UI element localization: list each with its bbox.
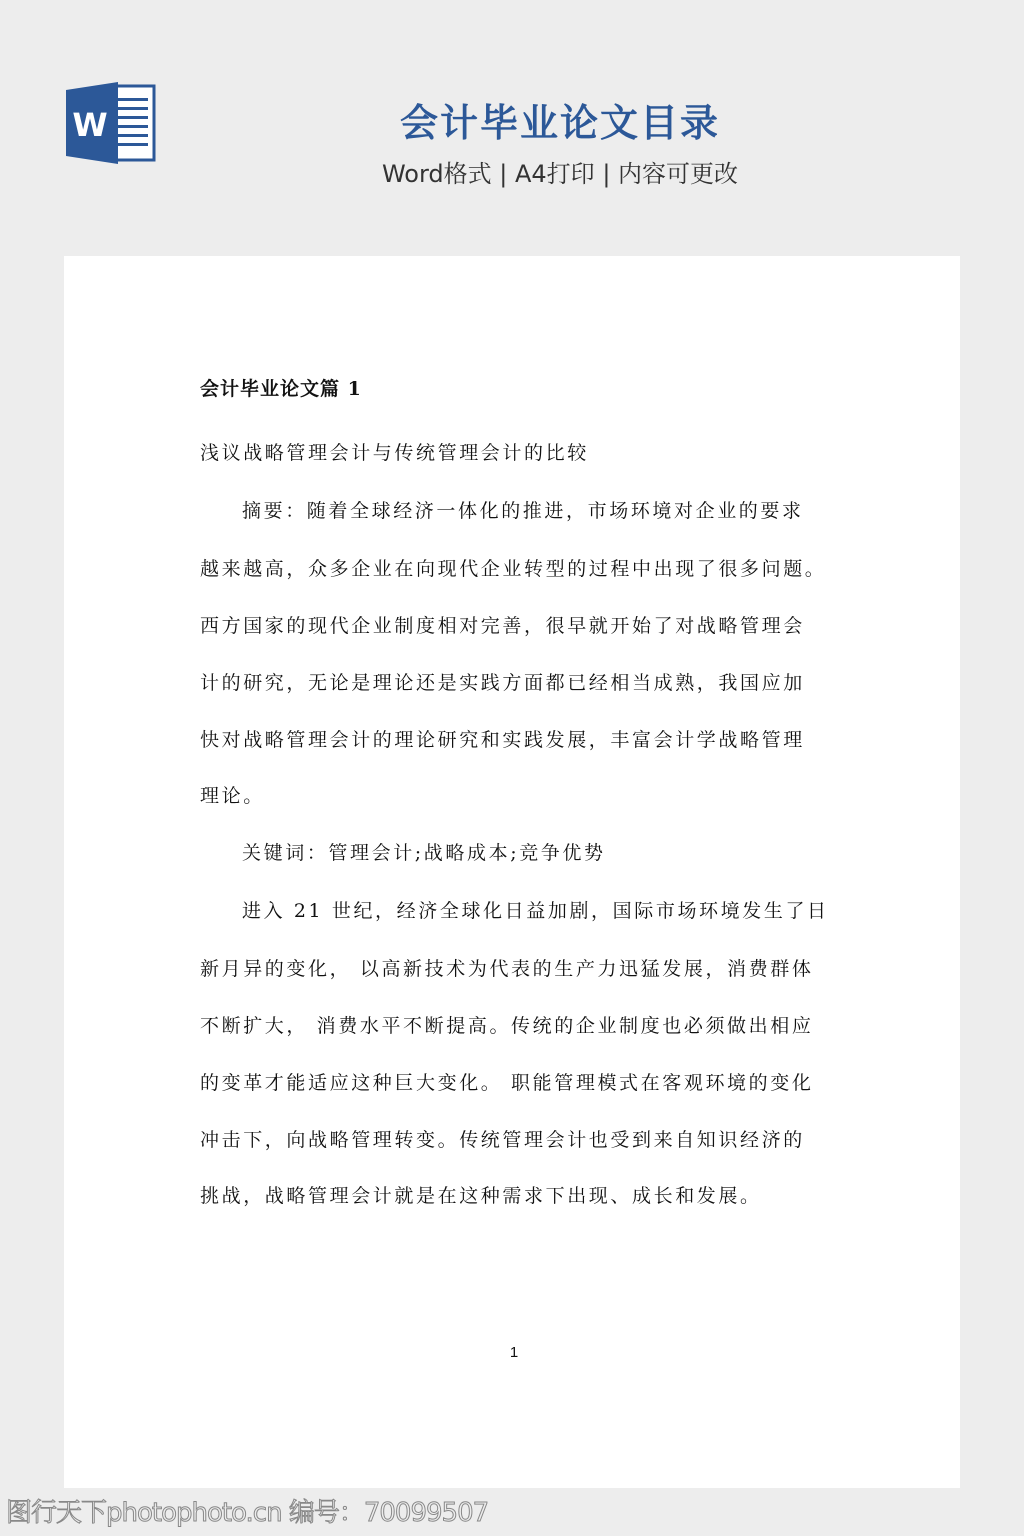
page-title: 会计毕业论文目录 [300, 92, 820, 147]
document-page: 会计毕业论文篇 1 浅议战略管理会计与传统管理会计的比较 摘要：随着全球经济一体… [64, 256, 960, 1488]
abstract-line: 西方国家的现代企业制度相对完善，很早就开始了对战略管理会 [200, 611, 805, 638]
page-subtitle: Word格式 | A4打印 | 内容可更改 [300, 154, 820, 189]
svg-text:W: W [72, 106, 107, 144]
abstract-line: 计的研究，无论是理论还是实践方面都已经相当成熟，我国应加 [200, 668, 805, 695]
keywords-line: 关键词：管理会计;战略成本;竞争优势 [242, 838, 606, 865]
page-number: 1 [504, 1344, 524, 1361]
document-heading: 会计毕业论文篇 1 [200, 374, 362, 401]
body-line: 进入 21 世纪，经济全球化日益加剧，国际市场环境发生了日 [242, 896, 829, 923]
body-line: 冲击下，向战略管理转变。传统管理会计也受到来自知识经济的 [200, 1125, 805, 1152]
abstract-line: 越来越高，众多企业在向现代企业转型的过程中出现了很多问题。 [200, 554, 826, 581]
abstract-line: 理论。 [200, 781, 265, 808]
watermark: 图行天下photophoto.cn 编号：70099507 [6, 1492, 488, 1529]
body-line: 的变革才能适应这种巨大变化。 职能管理模式在客观环境的变化 [200, 1068, 813, 1095]
abstract-line: 快对战略管理会计的理论研究和实践发展，丰富会计学战略管理 [200, 725, 805, 752]
body-line: 挑战，战略管理会计就是在这种需求下出现、成长和发展。 [200, 1181, 762, 1208]
body-line: 不断扩大， 消费水平不断提高。传统的企业制度也必须做出相应 [200, 1011, 813, 1038]
abstract-line: 摘要：随着全球经济一体化的推进，市场环境对企业的要求 [242, 496, 804, 523]
word-document-icon: W [64, 80, 156, 164]
body-line: 新月异的变化， 以高新技术为代表的生产力迅猛发展，消费群体 [200, 954, 813, 981]
paper-title: 浅议战略管理会计与传统管理会计的比较 [200, 438, 589, 465]
